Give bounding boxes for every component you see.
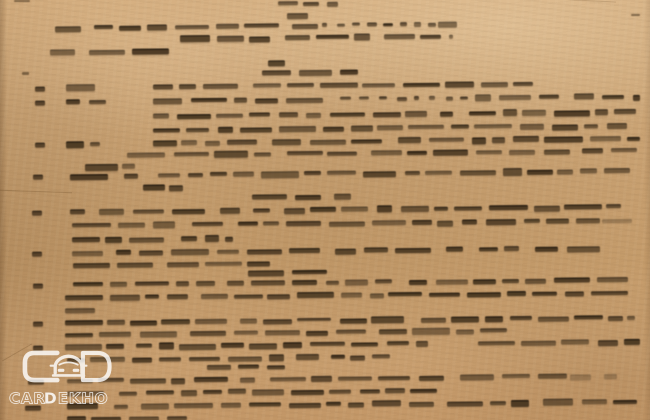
illegible-word (502, 374, 531, 379)
illegible-word (401, 206, 429, 212)
item-number (33, 174, 43, 179)
illegible-word (611, 148, 637, 152)
illegible-word (451, 124, 469, 128)
illegible-word (233, 172, 255, 177)
illegible-word (216, 113, 244, 117)
illegible-word (379, 329, 407, 335)
illegible-word (554, 277, 590, 283)
illegible-word (167, 294, 188, 299)
illegible-word (306, 113, 321, 119)
illegible-word (454, 206, 481, 211)
item-number (35, 100, 45, 105)
illegible-word (297, 292, 334, 299)
illegible-word (373, 112, 401, 118)
illegible-word (340, 97, 351, 100)
illegible-word (377, 206, 393, 213)
illegible-word (337, 24, 344, 27)
illegible-word (434, 206, 448, 211)
illegible-word (233, 98, 247, 103)
illegible-word (174, 403, 213, 408)
illegible-word (70, 174, 108, 180)
illegible-word (67, 416, 86, 420)
illegible-word (99, 332, 131, 337)
illegible-word (567, 246, 600, 252)
illegible-word (176, 281, 189, 286)
illegible-word (449, 34, 453, 38)
illegible-word (252, 389, 284, 395)
illegible-word (268, 60, 285, 66)
illegible-word (288, 403, 321, 408)
illegible-word (329, 389, 351, 394)
illegible-word (249, 37, 270, 43)
illegible-word (602, 95, 624, 99)
illegible-word (350, 356, 365, 361)
illegible-word (286, 98, 323, 103)
illegible-word (255, 98, 278, 104)
illegible-word (387, 341, 409, 346)
illegible-word (216, 36, 243, 42)
wordmark-outline-suffix: EKHO (58, 390, 108, 408)
cardekho-watermark: CAR D EKHO (8, 346, 126, 408)
illegible-word (72, 237, 100, 242)
illegible-word (534, 206, 560, 212)
illegible-word (510, 316, 532, 320)
illegible-word (481, 82, 507, 88)
illegible-word (201, 294, 229, 299)
illegible-word (186, 127, 210, 132)
illegible-word (351, 342, 378, 346)
illegible-word (363, 171, 396, 177)
illegible-word (247, 249, 282, 254)
illegible-word (283, 342, 302, 349)
illegible-word (582, 148, 603, 153)
illegible-word (253, 83, 282, 88)
text-line (0, 92, 650, 109)
illegible-word (249, 403, 281, 407)
illegible-word (129, 416, 158, 420)
illegible-word (136, 343, 152, 347)
illegible-word (433, 150, 467, 156)
illegible-word (309, 139, 345, 145)
illegible-word (220, 343, 244, 348)
illegible-word (602, 219, 632, 224)
illegible-word (286, 221, 321, 227)
illegible-word (460, 96, 468, 100)
illegible-word (445, 81, 474, 87)
illegible-word (375, 279, 392, 283)
illegible-word (334, 193, 351, 199)
illegible-word (234, 294, 263, 298)
illegible-word (89, 50, 125, 56)
illegible-word (238, 222, 258, 226)
illegible-word (597, 277, 628, 283)
scan-speck (22, 72, 29, 75)
illegible-word (503, 168, 522, 176)
illegible-word (66, 141, 84, 148)
illegible-word (370, 293, 385, 298)
illegible-word (272, 139, 301, 145)
illegible-word (181, 236, 198, 241)
illegible-word (405, 171, 420, 176)
illegible-word (169, 185, 183, 191)
illegible-word (460, 170, 497, 175)
illegible-word (504, 246, 519, 251)
illegible-word (287, 83, 314, 87)
illegible-word (336, 330, 366, 335)
illegible-word (405, 111, 427, 117)
illegible-word (503, 109, 518, 117)
illegible-word (340, 70, 359, 75)
illegible-word (227, 280, 244, 285)
illegible-word (379, 96, 386, 99)
illegible-word (329, 221, 365, 227)
illegible-word (172, 209, 206, 215)
illegible-word (227, 140, 257, 145)
illegible-word (499, 95, 531, 100)
illegible-word (228, 388, 247, 394)
illegible-word (263, 319, 292, 325)
illegible-word (604, 168, 630, 173)
illegible-word (456, 329, 474, 334)
illegible-word (89, 100, 106, 104)
illegible-word (132, 358, 152, 363)
illegible-word (446, 97, 453, 101)
illegible-word (327, 151, 357, 156)
illegible-word (287, 13, 308, 19)
illegible-word (522, 110, 546, 116)
illegible-word (292, 24, 318, 29)
illegible-word (285, 35, 311, 40)
illegible-word (221, 403, 242, 408)
illegible-word (240, 378, 254, 383)
illegible-word (363, 247, 387, 252)
illegible-word (606, 204, 622, 209)
illegible-word (478, 341, 515, 346)
illegible-word (607, 123, 627, 129)
illegible-word (105, 237, 123, 243)
illegible-word (409, 280, 427, 285)
illegible-word (240, 319, 257, 324)
illegible-word (117, 222, 145, 228)
illegible-word (351, 139, 382, 144)
illegible-word (565, 292, 585, 297)
illegible-word (310, 206, 337, 212)
illegible-word (145, 294, 159, 298)
illegible-word (217, 250, 240, 254)
illegible-word (188, 173, 203, 178)
illegible-word (408, 125, 444, 129)
illegible-word (219, 208, 240, 214)
illegible-word (590, 136, 621, 142)
illegible-word (492, 137, 506, 143)
illegible-word (410, 388, 438, 393)
illegible-word (436, 280, 469, 285)
illegible-word (524, 219, 540, 223)
illegible-word (414, 96, 419, 100)
illegible-word (507, 291, 525, 296)
illegible-word (180, 34, 210, 42)
illegible-word (378, 376, 410, 381)
car-headlights (58, 369, 80, 372)
illegible-word (383, 23, 393, 26)
illegible-word (554, 110, 591, 116)
illegible-word (372, 220, 406, 226)
illegible-word (50, 49, 75, 55)
illegible-word (153, 113, 169, 119)
illegible-word (429, 96, 435, 99)
illegible-word (407, 151, 427, 155)
illegible-word (608, 316, 623, 321)
illegible-word (341, 293, 362, 298)
illegible-word (265, 331, 300, 336)
illegible-word (480, 328, 507, 332)
illegible-word (141, 404, 169, 410)
illegible-word (476, 150, 502, 155)
illegible-word (218, 127, 233, 133)
illegible-word (153, 98, 182, 104)
illegible-word (327, 2, 338, 7)
scan-speck (14, 0, 30, 2)
illegible-word (140, 331, 178, 338)
illegible-word (574, 315, 603, 319)
illegible-word (278, 1, 298, 5)
illegible-word (377, 125, 403, 130)
illegible-word (209, 172, 227, 176)
illegible-word (526, 170, 552, 175)
illegible-word (462, 220, 478, 225)
item-number (35, 142, 45, 147)
item-number (33, 321, 43, 326)
illegible-word (513, 136, 539, 142)
illegible-word (248, 270, 284, 276)
item-number (35, 86, 45, 91)
illegible-word (409, 402, 434, 408)
illegible-word (323, 127, 344, 132)
illegible-word (489, 205, 528, 210)
illegible-word (296, 354, 318, 360)
illegible-word (124, 173, 137, 178)
illegible-word (303, 2, 319, 6)
scan-speck (631, 14, 640, 16)
illegible-word (127, 152, 165, 158)
illegible-word (472, 137, 486, 145)
illegible-word (65, 295, 103, 300)
illegible-word (216, 23, 239, 29)
illegible-word (469, 111, 496, 115)
illegible-word (320, 83, 359, 88)
illegible-word (359, 97, 369, 100)
illegible-word (238, 364, 259, 368)
illegible-word (214, 150, 248, 158)
illegible-word (225, 237, 233, 242)
illegible-word (490, 401, 506, 405)
illegible-word (158, 173, 180, 177)
illegible-word (316, 35, 349, 40)
illegible-word (181, 140, 197, 145)
illegible-word (486, 219, 516, 225)
illegible-word (107, 320, 125, 324)
illegible-word (65, 320, 103, 325)
illegible-word (179, 84, 196, 89)
illegible-word (130, 378, 166, 384)
illegible-word (234, 330, 258, 334)
illegible-word (614, 109, 636, 114)
illegible-word (292, 270, 327, 274)
illegible-word (72, 223, 111, 227)
illegible-word (400, 22, 407, 26)
illegible-word (190, 331, 226, 336)
illegible-word (116, 249, 131, 254)
illegible-word (552, 124, 578, 130)
illegible-word (284, 208, 306, 214)
illegible-word (196, 281, 215, 287)
illegible-word (267, 365, 285, 369)
illegible-word (205, 261, 242, 266)
illegible-word (502, 279, 519, 283)
wordmark-solid-letter: D (44, 390, 57, 408)
illegible-word (627, 136, 640, 140)
illegible-word (428, 22, 436, 26)
illegible-word (122, 164, 135, 169)
illegible-word (161, 319, 190, 324)
illegible-word (249, 112, 271, 117)
illegible-word (167, 416, 187, 420)
illegible-word (450, 316, 478, 322)
illegible-word (412, 219, 432, 225)
illegible-word (543, 399, 573, 406)
illegible-word (132, 49, 169, 55)
illegible-word (345, 279, 367, 286)
illegible-word (351, 126, 373, 132)
illegible-word (429, 292, 460, 296)
illegible-word (447, 401, 483, 406)
illegible-word (367, 22, 377, 26)
illegible-word (311, 376, 332, 382)
illegible-word (398, 137, 422, 144)
illegible-word (110, 282, 127, 286)
illegible-word (544, 150, 570, 155)
illegible-word (89, 142, 100, 147)
illegible-word (539, 95, 559, 100)
illegible-word (279, 112, 298, 117)
illegible-word (437, 220, 453, 226)
illegible-word (352, 22, 360, 26)
illegible-word (181, 390, 197, 396)
illegible-word (159, 357, 180, 362)
illegible-word (479, 247, 499, 252)
illegible-word (371, 354, 390, 358)
illegible-word (475, 94, 491, 101)
illegible-word (576, 218, 600, 223)
illegible-word (73, 262, 110, 268)
illegible-word (135, 281, 169, 285)
illegible-word (420, 34, 441, 39)
illegible-word (440, 111, 453, 116)
illegible-word (91, 417, 121, 420)
illegible-word (362, 83, 395, 88)
illegible-word (153, 128, 180, 133)
illegible-word (561, 340, 589, 345)
illegible-word (371, 317, 404, 324)
car-between-c-and-d-icon (25, 353, 110, 380)
illegible-word (262, 70, 291, 75)
illegible-word (269, 355, 283, 362)
illegible-word (322, 23, 327, 27)
cardekho-wordmark: CAR D EKHO (9, 390, 108, 408)
illegible-word (325, 280, 338, 285)
illegible-word (525, 279, 546, 284)
illegible-word (348, 403, 364, 408)
cardekho-logo: CAR D EKHO (8, 346, 126, 408)
illegible-word (291, 389, 324, 395)
illegible-word (129, 238, 164, 243)
illegible-word (133, 209, 164, 213)
illegible-word (538, 374, 567, 379)
illegible-word (557, 169, 573, 175)
illegible-word (287, 151, 323, 155)
illegible-word (110, 295, 140, 301)
illegible-word (591, 290, 629, 294)
illegible-word (249, 344, 277, 350)
illegible-word (205, 140, 220, 146)
illegible-word (338, 376, 373, 381)
illegible-word (460, 375, 494, 381)
illegible-word (339, 318, 366, 324)
illegible-word (633, 95, 640, 101)
illegible-word (191, 98, 227, 102)
illegible-word (263, 222, 279, 226)
illegible-word (310, 342, 346, 346)
illegible-word (535, 246, 559, 252)
illegible-word (360, 389, 380, 393)
illegible-word (474, 124, 512, 129)
illegible-word (403, 82, 440, 87)
illegible-word (207, 365, 231, 370)
illegible-word (167, 262, 199, 268)
illegible-word (538, 316, 570, 322)
scanned-document-page: CAR D EKHO (0, 0, 650, 420)
illegible-word (292, 280, 317, 285)
illegible-word (153, 222, 176, 229)
illegible-word (65, 333, 93, 338)
illegible-word (446, 247, 463, 252)
illegible-word (508, 149, 535, 155)
illegible-word (394, 248, 431, 253)
illegible-word (203, 390, 223, 394)
illegible-word (584, 124, 599, 128)
illegible-word (371, 150, 402, 155)
illegible-word (429, 137, 463, 141)
illegible-word (397, 97, 406, 101)
illegible-word (580, 168, 597, 173)
illegible-word (244, 23, 279, 27)
illegible-word (153, 84, 173, 89)
illegible-word (171, 378, 185, 384)
illegible-word (594, 109, 607, 115)
illegible-word (306, 331, 327, 336)
illegible-word (143, 185, 165, 191)
illegible-word (372, 400, 401, 407)
illegible-word (267, 294, 290, 300)
illegible-word (467, 292, 501, 298)
illegible-word (532, 291, 557, 296)
illegible-word (55, 26, 81, 32)
illegible-word (438, 22, 457, 28)
illegible-word (544, 136, 583, 143)
illegible-word (261, 171, 299, 178)
illegible-word (153, 140, 177, 146)
illegible-word (330, 112, 366, 117)
